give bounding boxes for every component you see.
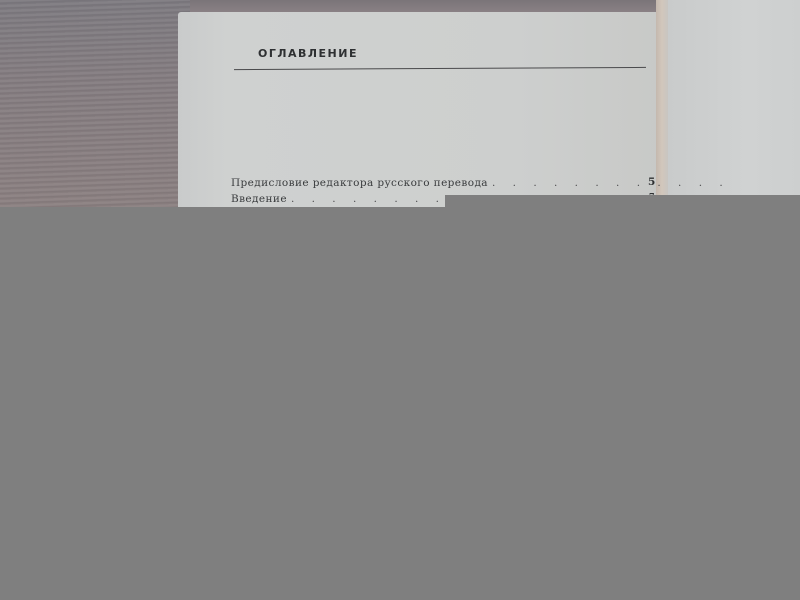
toc-dot-leader: . . . . . . . . . . . . (492, 177, 730, 189)
toc-entry-title: Предисловие редактора русского перевода (231, 177, 488, 189)
toc-page-number: 5 (648, 176, 655, 188)
toc-entry-title: Введение (231, 193, 287, 205)
wooden-table-surface (0, 0, 190, 208)
toc-heading: ОГЛАВЛЕНИЕ (258, 47, 358, 60)
redaction-mask (0, 207, 800, 600)
